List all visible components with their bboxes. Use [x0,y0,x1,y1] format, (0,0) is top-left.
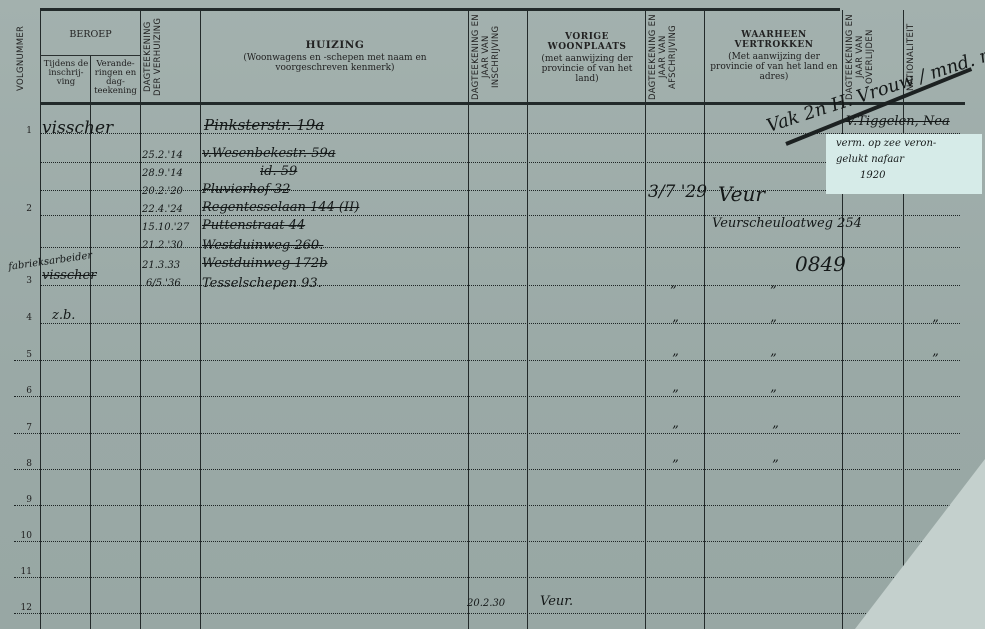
header-vorige-title: VORIGE WOONPLAATS [532,32,642,52]
row-number: 9 [18,495,32,505]
beroep-entry-struck: visscher [42,268,96,283]
header-vorige-woonplaats: VORIGE WOONPLAATS (met aanwijzing der pr… [532,32,642,84]
row-number: 7 [18,423,32,433]
move-address: Pluvierhof 32 [202,182,290,197]
row-number: 12 [18,603,32,613]
row-line [14,469,960,470]
move-date: 25.2.'14 [142,150,183,161]
header-beroep-veranderingen: Verande-ringen en dag-teekening [91,60,140,96]
patch-line: gelukt nafaar [836,154,904,165]
ditto-mark: ” [770,284,777,299]
row-line [40,323,960,324]
move-address: Westduinweg 260. [202,238,323,253]
header-dagteekening-afschrijving: DAGTEEKENING EN JAAR VAN AFSCHRIJVING [648,12,702,102]
row-number: 3 [18,276,32,286]
move-date: 22.4.'24 [142,204,183,215]
waarheen-place: Veur [718,182,765,206]
row-number: 1 [18,126,32,136]
ditto-mark: ” [672,352,679,367]
header-dagteekening-verhuizing: DAGTEEKENING DER VERHUIZING [143,12,198,102]
col-line-verhuizing [200,10,201,629]
move-date: 21.3.33 [142,260,180,271]
top-rule [40,8,840,11]
row-line [14,360,960,361]
row-line [14,396,960,397]
row-number: 11 [18,567,32,577]
waarheen-code: 0849 [795,252,846,276]
row-number: 5 [18,350,32,360]
move-date: 28.9.'14 [142,168,183,179]
move-address: Puttenstraat 44 [202,218,305,233]
header-volgnummer: VOLGNUMMER [16,14,40,102]
move-date: 21.2.'30 [142,240,183,251]
ditto-mark: ” [932,352,939,367]
header-dagteekening-inschrijving: DAGTEEKENING EN JAAR VAN INSCHRIJVING [471,12,525,102]
row-number: 4 [18,313,32,323]
move-date: 6/5.'36 [146,278,181,289]
header-huizing-title: HUIZING [210,40,460,50]
col-line-inschrijving [527,10,528,629]
patch-line: verm. op zee veron- [836,138,936,149]
move-address: id. 59 [260,164,297,179]
col-line-beroep [140,10,141,629]
ditto-mark: ” [770,318,777,333]
move-address: Tesselschepen 93. [202,276,322,291]
header-waarheen-title: WAARHEEN VERTROKKEN [708,30,840,50]
row-number: 10 [18,531,32,541]
header-waarheen-vertrokken: WAARHEEN VERTROKKEN (Met aanwijzing der … [708,30,840,82]
row-line [14,433,960,434]
col-line-vorige [645,10,646,629]
col-line-volgnummer [40,10,41,629]
col-line-huizing [468,10,469,629]
col-line-afschrijving [704,10,705,629]
header-vorige-subtitle: (met aanwijzing der provincie of van het… [541,54,632,84]
row-number: 6 [18,386,32,396]
header-huizing-subtitle: (Woonwagens en -schepen met naam en voor… [210,53,460,73]
ditto-mark: ” [672,458,679,473]
row-line [14,541,960,542]
ditto-mark: ” [770,352,777,367]
registry-card: VOLGNUMMER BEROEP Tijdens de inschrij-vi… [0,0,985,629]
row-line [14,577,944,578]
ditto-mark: ” [932,318,939,333]
row-line [40,133,960,134]
overlijden-note: V.Tiggelen, Nea [846,114,950,129]
ditto-mark: ” [672,388,679,403]
beroep-entry: visscher [42,118,113,138]
col-line-beroep-split [90,56,91,629]
header-beroep: BEROEP [42,30,139,40]
row-line [14,613,914,614]
move-address: Regentesselaan 144 (II) [202,200,359,215]
row-line [14,505,960,506]
ditto-mark: ” [772,458,779,473]
ditto-mark: ” [772,424,779,439]
move-address: Pinksterstr. 19a [204,116,324,134]
beroep-entry: z.b. [52,308,75,323]
move-date: 15.10.'27 [142,222,189,233]
move-address: v.Wesenbekestr. 59a [202,146,336,161]
row-line [40,162,960,163]
torn-corner [855,459,985,629]
row-number: 8 [18,459,32,469]
patch-line: 1920 [860,170,885,181]
afschrijving-date: 3/7 '29 [648,182,707,202]
move-date: 20.2.'20 [142,186,183,197]
ditto-mark: ” [672,318,679,333]
ditto-mark: ” [670,284,677,299]
beroep-sub-rule [40,55,140,56]
header-waarheen-subtitle: (Met aanwijzing der provincie of van het… [710,52,837,82]
header-huizing: HUIZING (Woonwagens en -schepen met naam… [210,40,460,73]
waarheen-address: Veurscheuloatweg 254 [712,216,862,231]
header-beroep-tijdens: Tijdens de inschrij-ving [42,60,90,87]
overlijden-highlight-patch: verm. op zee veron- gelukt nafaar 1920 [826,134,982,194]
bottom-entry-place: Veur. [540,594,573,609]
bottom-entry-date: 20.2.30 [467,598,505,609]
ditto-mark: ” [770,388,777,403]
row-number: 2 [18,204,32,214]
ditto-mark: ” [672,424,679,439]
move-address: Westduinweg 172b [202,256,328,271]
